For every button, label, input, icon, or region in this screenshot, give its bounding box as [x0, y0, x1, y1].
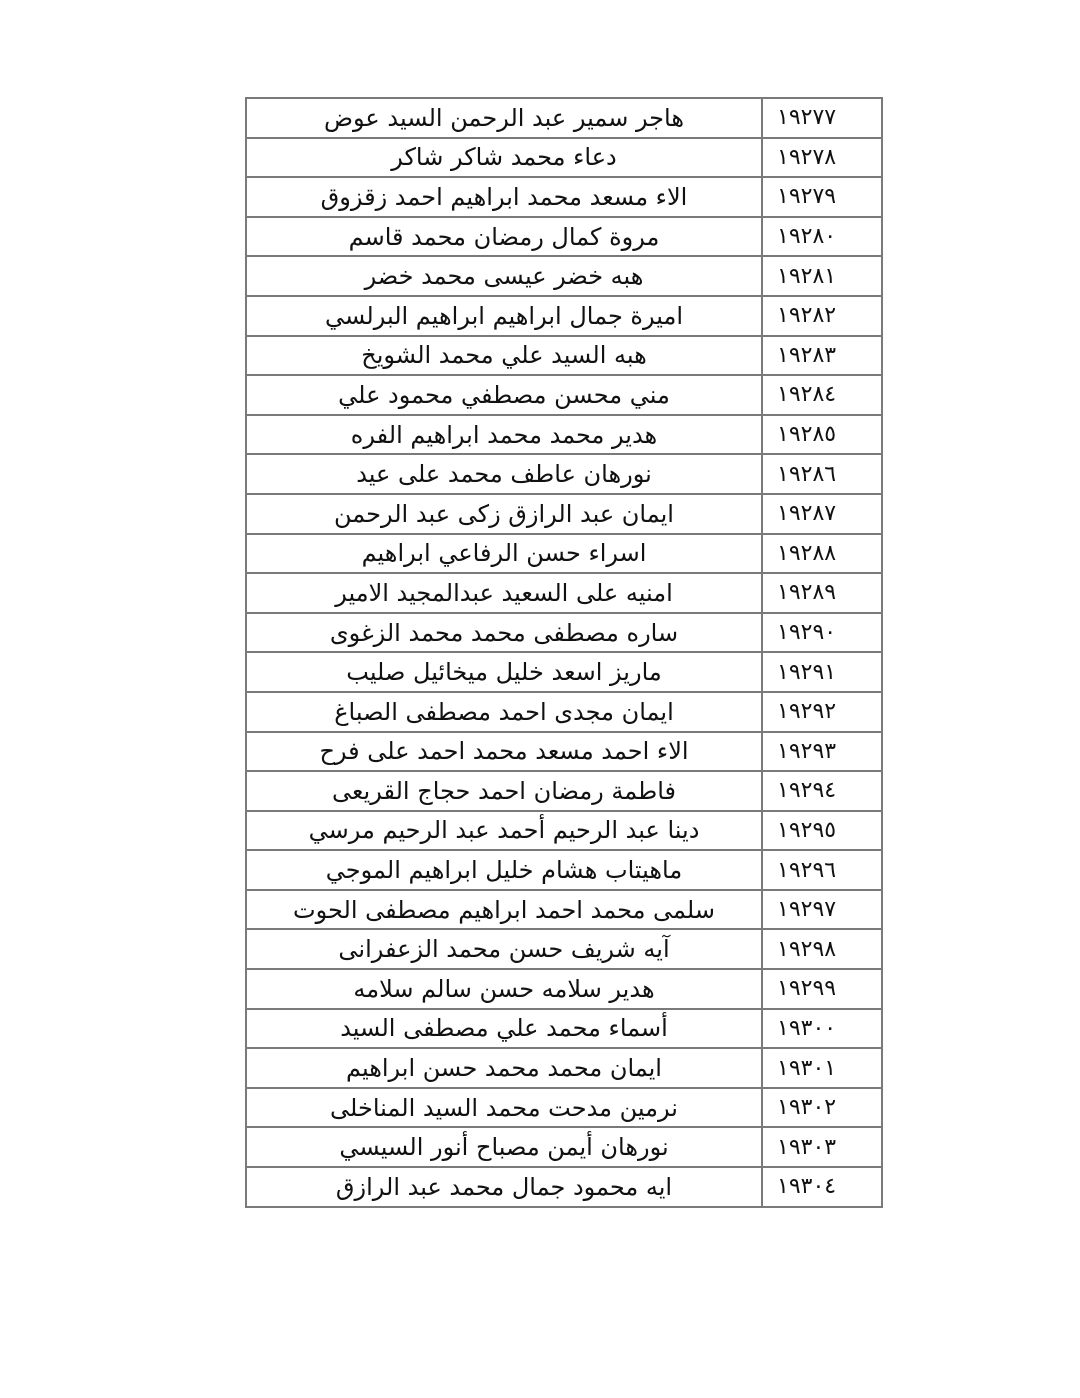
row-number-cell: ١٩٢٨٦ [762, 454, 882, 494]
row-name-cell: الاء احمد مسعد محمد احمد على فرح [246, 732, 762, 772]
row-name-cell: دينا عبد الرحيم أحمد عبد الرحيم مرسي [246, 811, 762, 851]
row-number-cell: ١٩٢٧٨ [762, 138, 882, 178]
row-number-cell: ١٩٢٩٧ [762, 890, 882, 930]
row-number-cell: ١٩٢٨٨ [762, 534, 882, 574]
row-number-cell: ١٩٢٨٥ [762, 415, 882, 455]
row-name-cell: فاطمة رمضان احمد حجاج القريعى [246, 771, 762, 811]
row-number-cell: ١٩٢٧٩ [762, 177, 882, 217]
table-row: ١٩٢٩٤فاطمة رمضان احمد حجاج القريعى [246, 771, 882, 811]
row-name-cell: هاجر سمير عبد الرحمن السيد عوض [246, 98, 762, 138]
table-row: ١٩٢٩٨آيه شريف حسن محمد الزعفرانى [246, 929, 882, 969]
row-name-cell: سلمى محمد احمد ابراهيم مصطفى الحوت [246, 890, 762, 930]
table-row: ١٩٢٨٤مني محسن مصطفي محمود علي [246, 375, 882, 415]
row-name-cell: اسراء حسن الرفاعي ابراهيم [246, 534, 762, 574]
table-row: ١٩٢٧٨دعاء محمد شاكر شاكر [246, 138, 882, 178]
table-row: ١٩٣٠٠أسماء محمد علي مصطفى السيد [246, 1009, 882, 1049]
row-number-cell: ١٩٢٧٧ [762, 98, 882, 138]
table-row: ١٩٢٧٧هاجر سمير عبد الرحمن السيد عوض [246, 98, 882, 138]
row-number-cell: ١٩٢٨٣ [762, 336, 882, 376]
row-number-cell: ١٩٢٩٦ [762, 850, 882, 890]
table-row: ١٩٣٠٣نورهان أيمن مصباح أنور السيسي [246, 1127, 882, 1167]
row-name-cell: دعاء محمد شاكر شاكر [246, 138, 762, 178]
row-name-cell: ماهيتاب هشام خليل ابراهيم الموجي [246, 850, 762, 890]
table-row: ١٩٣٠٢نرمين مدحت محمد السيد المناخلى [246, 1088, 882, 1128]
row-number-cell: ١٩٣٠٢ [762, 1088, 882, 1128]
row-number-cell: ١٩٢٨٧ [762, 494, 882, 534]
table-row: ١٩٢٨٥هدير محمد محمد ابراهيم الفره [246, 415, 882, 455]
row-number-cell: ١٩٢٩٩ [762, 969, 882, 1009]
row-name-cell: هدير محمد محمد ابراهيم الفره [246, 415, 762, 455]
row-number-cell: ١٩٢٩٣ [762, 732, 882, 772]
table-row: ١٩٢٨٢اميرة جمال ابراهيم ابراهيم البرلسي [246, 296, 882, 336]
table-row: ١٩٢٩٥دينا عبد الرحيم أحمد عبد الرحيم مرس… [246, 811, 882, 851]
row-name-cell: هبه خضر عيسى محمد خضر [246, 256, 762, 296]
table-row: ١٩٢٩٦ماهيتاب هشام خليل ابراهيم الموجي [246, 850, 882, 890]
table-row: ١٩٢٩٠ساره مصطفى محمد محمد الزغوى [246, 613, 882, 653]
row-name-cell: نرمين مدحت محمد السيد المناخلى [246, 1088, 762, 1128]
row-number-cell: ١٩٣٠٤ [762, 1167, 882, 1207]
row-number-cell: ١٩٣٠٣ [762, 1127, 882, 1167]
row-name-cell: اميرة جمال ابراهيم ابراهيم البرلسي [246, 296, 762, 336]
table-row: ١٩٢٨١هبه خضر عيسى محمد خضر [246, 256, 882, 296]
row-name-cell: ماريز اسعد خليل ميخائيل صليب [246, 652, 762, 692]
names-table: ١٩٢٧٧هاجر سمير عبد الرحمن السيد عوض١٩٢٧٨… [245, 97, 883, 1208]
table-row: ١٩٢٩١ماريز اسعد خليل ميخائيل صليب [246, 652, 882, 692]
row-name-cell: ايمان محمد محمد حسن ابراهيم [246, 1048, 762, 1088]
table-row: ١٩٢٨٠مروة كمال رمضان محمد قاسم [246, 217, 882, 257]
table-row: ١٩٢٩٩هدير سلامه حسن سالم سلامه [246, 969, 882, 1009]
row-name-cell: الاء مسعد محمد ابراهيم احمد زقزوق [246, 177, 762, 217]
table-row: ١٩٢٧٩الاء مسعد محمد ابراهيم احمد زقزوق [246, 177, 882, 217]
row-number-cell: ١٩٣٠٠ [762, 1009, 882, 1049]
document-page: ١٩٢٧٧هاجر سمير عبد الرحمن السيد عوض١٩٢٧٨… [0, 0, 1080, 1398]
row-number-cell: ١٩٢٨٠ [762, 217, 882, 257]
row-number-cell: ١٩٢٩٢ [762, 692, 882, 732]
names-table-body: ١٩٢٧٧هاجر سمير عبد الرحمن السيد عوض١٩٢٧٨… [246, 98, 882, 1207]
row-name-cell: ايمان مجدى احمد مصطفى الصباغ [246, 692, 762, 732]
row-number-cell: ١٩٣٠١ [762, 1048, 882, 1088]
table-row: ١٩٢٩٢ايمان مجدى احمد مصطفى الصباغ [246, 692, 882, 732]
row-number-cell: ١٩٢٨٢ [762, 296, 882, 336]
row-name-cell: أسماء محمد علي مصطفى السيد [246, 1009, 762, 1049]
row-number-cell: ١٩٢٨٤ [762, 375, 882, 415]
table-row: ١٩٢٨٧ايمان عبد الرازق زكى عبد الرحمن [246, 494, 882, 534]
table-row: ١٩٢٨٨اسراء حسن الرفاعي ابراهيم [246, 534, 882, 574]
table-row: ١٩٢٨٩امنيه على السعيد عبدالمجيد الامير [246, 573, 882, 613]
table-row: ١٩٢٨٣هبه السيد علي محمد الشويخ [246, 336, 882, 376]
row-number-cell: ١٩٢٨١ [762, 256, 882, 296]
row-name-cell: نورهان عاطف محمد على عيد [246, 454, 762, 494]
row-name-cell: مني محسن مصطفي محمود علي [246, 375, 762, 415]
table-row: ١٩٢٩٧سلمى محمد احمد ابراهيم مصطفى الحوت [246, 890, 882, 930]
row-name-cell: آيه شريف حسن محمد الزعفرانى [246, 929, 762, 969]
row-name-cell: هدير سلامه حسن سالم سلامه [246, 969, 762, 1009]
row-name-cell: هبه السيد علي محمد الشويخ [246, 336, 762, 376]
row-number-cell: ١٩٢٩٠ [762, 613, 882, 653]
row-number-cell: ١٩٢٨٩ [762, 573, 882, 613]
row-name-cell: ايه محمود جمال محمد عبد الرازق [246, 1167, 762, 1207]
row-name-cell: امنيه على السعيد عبدالمجيد الامير [246, 573, 762, 613]
row-name-cell: مروة كمال رمضان محمد قاسم [246, 217, 762, 257]
row-number-cell: ١٩٢٩١ [762, 652, 882, 692]
row-number-cell: ١٩٢٩٤ [762, 771, 882, 811]
row-number-cell: ١٩٢٩٥ [762, 811, 882, 851]
table-row: ١٩٣٠٤ايه محمود جمال محمد عبد الرازق [246, 1167, 882, 1207]
row-number-cell: ١٩٢٩٨ [762, 929, 882, 969]
row-name-cell: نورهان أيمن مصباح أنور السيسي [246, 1127, 762, 1167]
table-row: ١٩٣٠١ايمان محمد محمد حسن ابراهيم [246, 1048, 882, 1088]
row-name-cell: ايمان عبد الرازق زكى عبد الرحمن [246, 494, 762, 534]
row-name-cell: ساره مصطفى محمد محمد الزغوى [246, 613, 762, 653]
table-row: ١٩٢٨٦نورهان عاطف محمد على عيد [246, 454, 882, 494]
table-row: ١٩٢٩٣الاء احمد مسعد محمد احمد على فرح [246, 732, 882, 772]
